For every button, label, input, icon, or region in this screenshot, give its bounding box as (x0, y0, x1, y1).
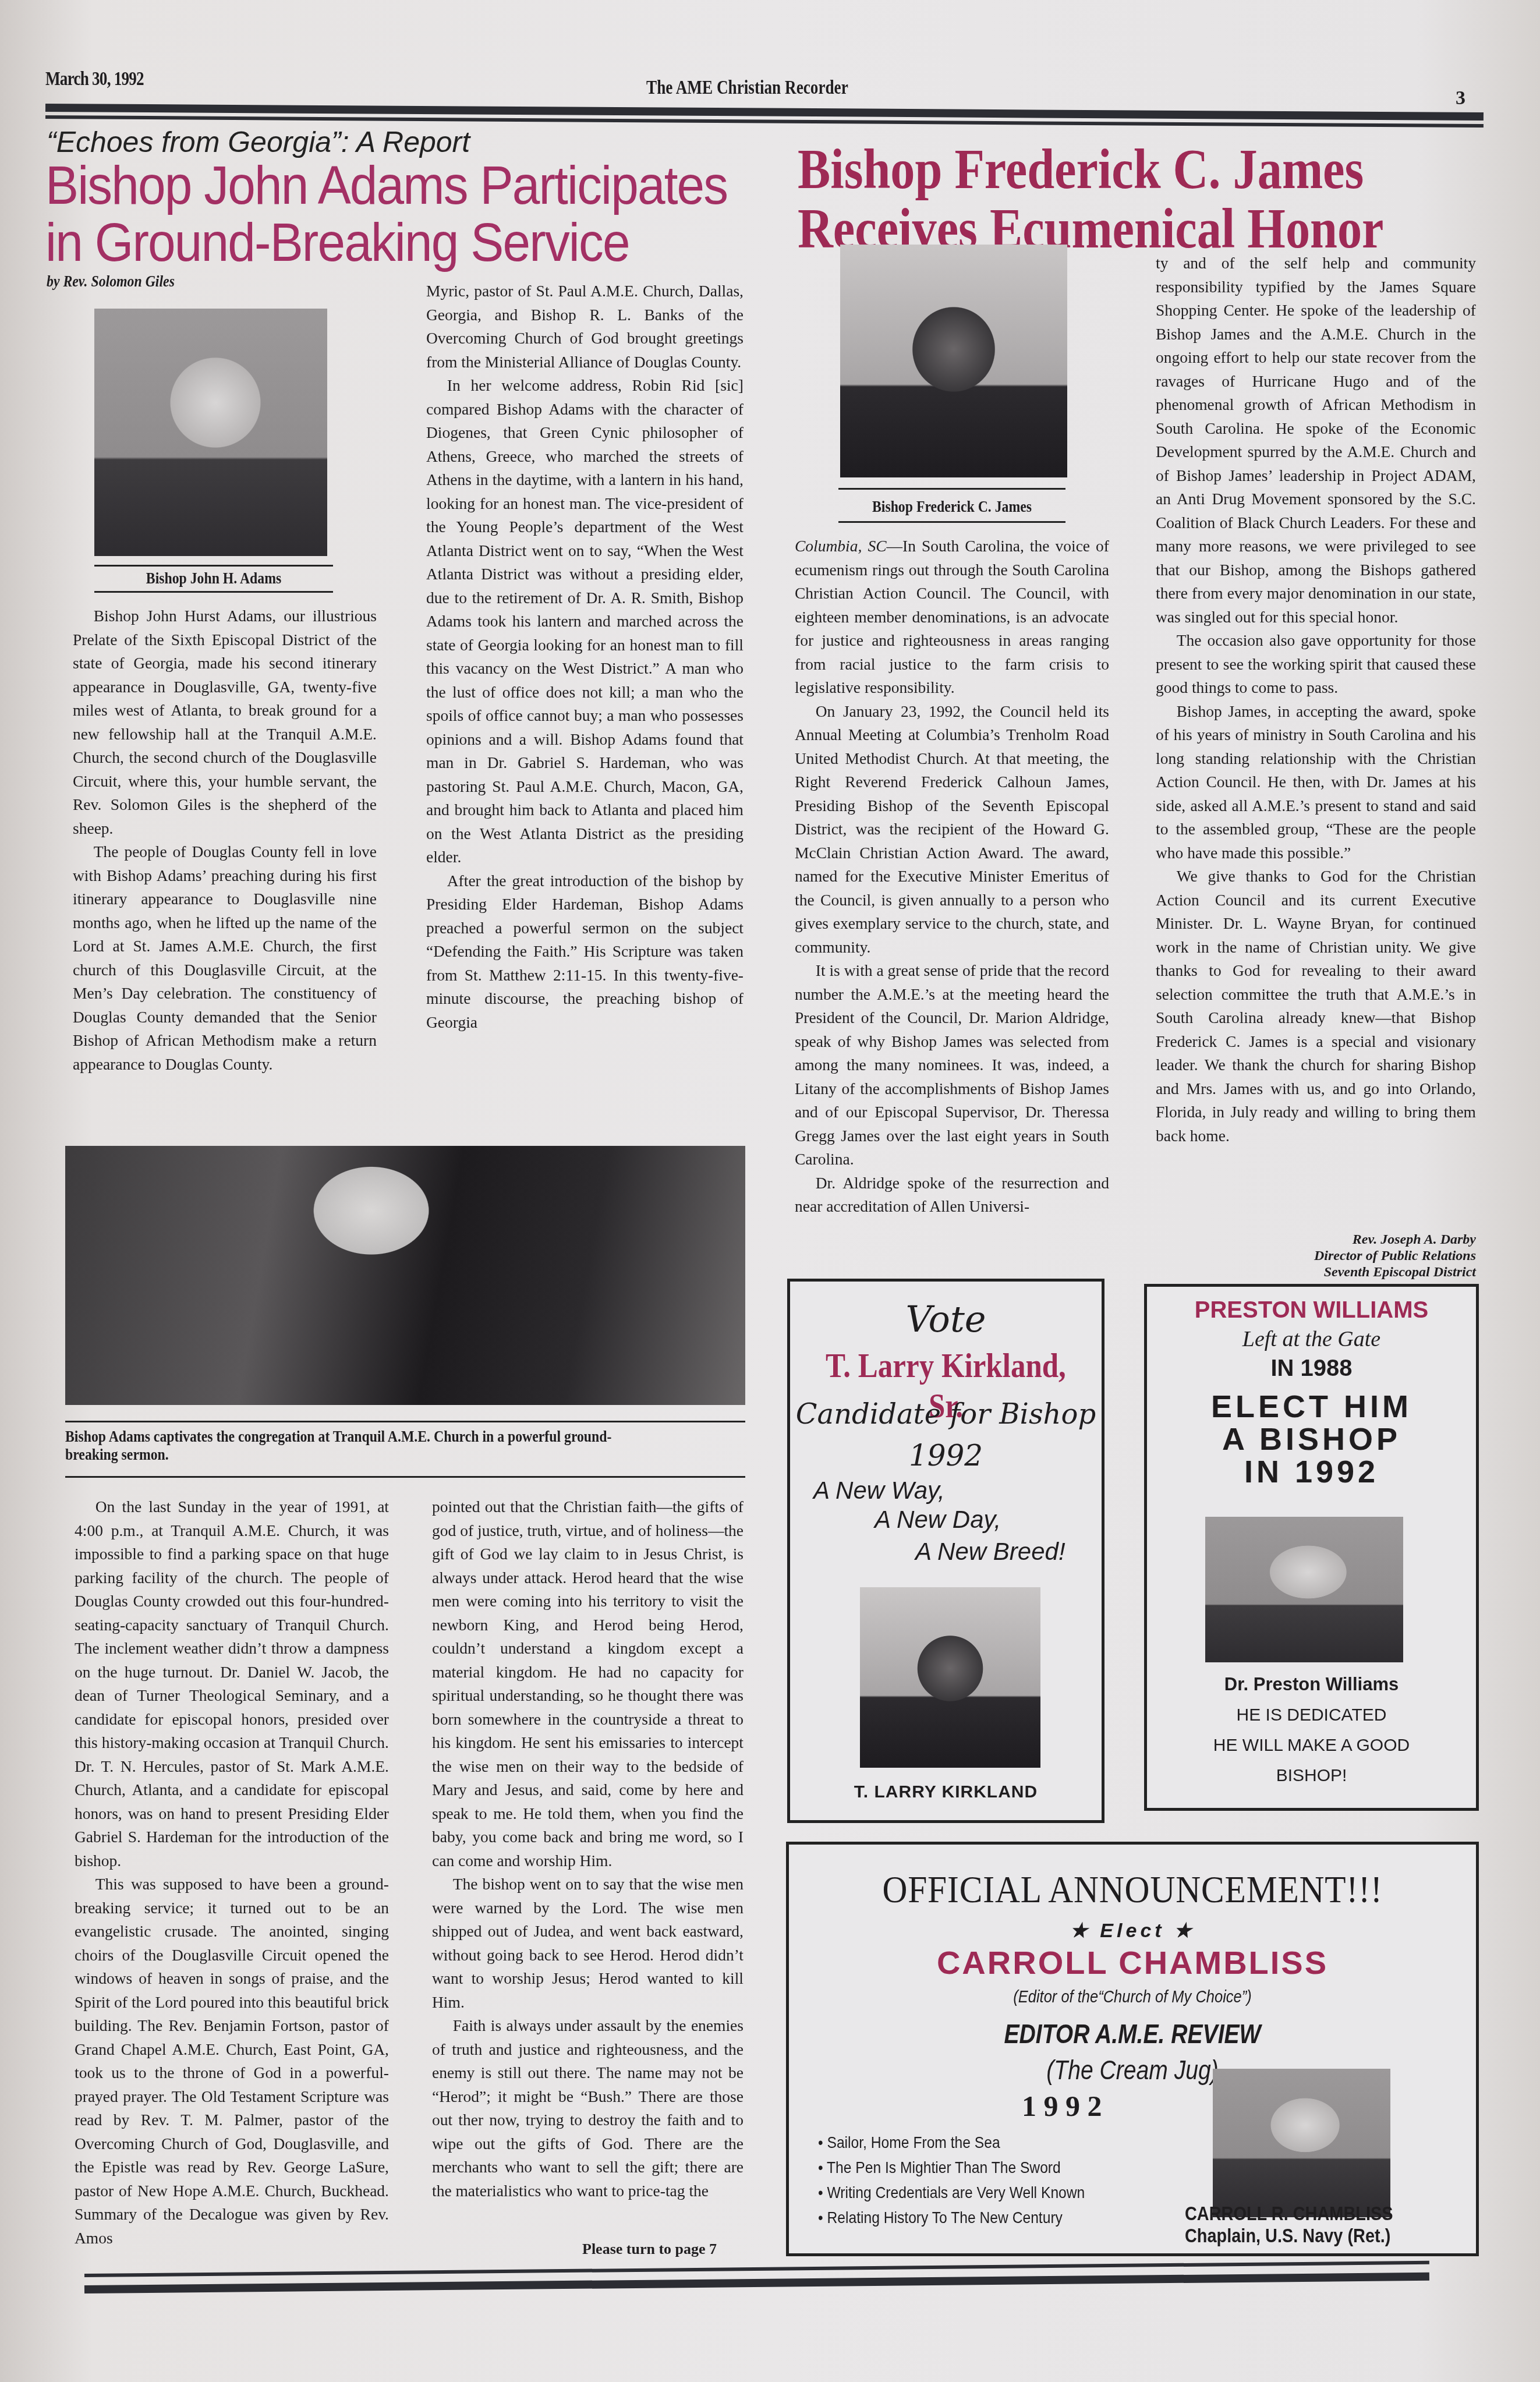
publication-name: The AME Christian Recorder (646, 77, 848, 99)
ad-tagline-line: BISHOP! (1147, 1761, 1476, 1791)
caption-rule (94, 591, 333, 593)
ad-photo-caption: CARROLL R. CHAMBLISS Chaplain, U.S. Navy… (1185, 2203, 1393, 2247)
ad-call-line: ELECT HIM (1147, 1390, 1476, 1423)
issue-date: March 30, 1992 (45, 68, 144, 90)
paragraph: Faith is always under assault by the ene… (432, 2014, 744, 2203)
photo-chambliss (1213, 2069, 1390, 2217)
continued-link[interactable]: Please turn to page 7 (582, 2241, 717, 2258)
paragraph: Myric, pastor of St. Paul A.M.E. Church,… (426, 279, 744, 374)
photo-caption-adams: Bishop John H. Adams (109, 569, 319, 587)
ad-bullet: Relating History To The New Century (818, 2205, 1085, 2230)
ad-bullet: The Pen Is Mightier Than The Sword (818, 2155, 1085, 2180)
caption-rule (838, 488, 1065, 490)
ad-call-line: A BISHOP (1147, 1423, 1476, 1456)
paragraph: Bishop John Hurst Adams, our illustrious… (73, 604, 377, 840)
paragraph: On the last Sunday in the year of 1991, … (75, 1495, 389, 1873)
ad-year: 1992 (790, 1439, 1102, 1473)
ad-title: OFFICIAL ANNOUNCEMENT!!! (823, 1868, 1442, 1912)
footer-rule-thick (84, 2273, 1429, 2293)
ad-photo-caption: T. LARRY KIRKLAND (790, 1782, 1102, 1802)
paragraph: Bishop James, in accepting the award, sp… (1156, 700, 1476, 865)
paragraph: The occasion also gave opportunity for t… (1156, 629, 1476, 700)
photo-kirkland (860, 1587, 1040, 1768)
photo-bishop-james (840, 245, 1067, 477)
adams-column-2: Myric, pastor of St. Paul A.M.E. Church,… (426, 279, 744, 1034)
article-signoff: Rev. Joseph A. Darby Director of Public … (1156, 1231, 1476, 1280)
dateline: Columbia, SC (795, 537, 887, 555)
ad-year: 1 9 9 2 (1022, 2089, 1102, 2123)
paragraph: The bishop went on to say that the wise … (432, 1873, 744, 2014)
paragraph-text: —In South Carolina, the voice of ecumeni… (795, 537, 1109, 696)
james-headline-line1: Bishop Frederick C. James (798, 140, 1540, 199)
adams-headline: Bishop John Adams Participates in Ground… (45, 157, 803, 271)
ad-candidacy: Candidate for Bishop (790, 1398, 1102, 1431)
ad-bullet: Writing Credentials are Very Well Known (818, 2180, 1085, 2205)
ad-williams: PRESTON WILLIAMS Left at the Gate IN 198… (1144, 1284, 1479, 1811)
adams-column-1: Bishop John Hurst Adams, our illustrious… (73, 604, 377, 1076)
ad-call-line: IN 1992 (1147, 1456, 1476, 1488)
paragraph: In her welcome address, Robin Rid [sic] … (426, 374, 744, 869)
james-column-1: Columbia, SC—In South Carolina, the voic… (795, 535, 1109, 1219)
newspaper-page: March 30, 1992 The AME Christian Recorde… (0, 0, 1540, 2382)
adams-headline-line2: in Ground-Breaking Service (45, 214, 803, 271)
photo-williams (1205, 1517, 1403, 1662)
ad-slogan-1: A New Way, (813, 1477, 945, 1505)
paragraph: We give thanks to God for the Christian … (1156, 865, 1476, 1148)
photo-bishop-preaching (65, 1146, 745, 1405)
page-number: 3 (1456, 87, 1465, 109)
paragraph: After the great introduction of the bish… (426, 869, 744, 1035)
paragraph: Columbia, SC—In South Carolina, the voic… (795, 535, 1109, 700)
adams-column-4: pointed out that the Christian faith—the… (432, 1495, 744, 2203)
paragraph: pointed out that the Christian faith—the… (432, 1495, 744, 1873)
ad-kirkland: Vote T. Larry Kirkland, Sr. Candidate fo… (787, 1279, 1104, 1823)
caption-rule (65, 1476, 745, 1478)
james-column-2: ty and of the self help and community re… (1156, 252, 1476, 1148)
paragraph: Dr. Aldridge spoke of the resurrection a… (795, 1171, 1109, 1219)
paragraph: It is with a great sense of pride that t… (795, 959, 1109, 1171)
paragraph: This was supposed to have been a ground-… (75, 1873, 389, 2250)
ad-elect: ★ Elect ★ (789, 1919, 1476, 1942)
ad-candidate-name: PRESTON WILLIAMS (1147, 1297, 1476, 1323)
adams-column-3: On the last Sunday in the year of 1991, … (75, 1495, 389, 2250)
article-kicker: “Echoes from Georgia”: A Report (47, 125, 470, 159)
ad-vote-label: Vote (790, 1298, 1102, 1340)
photo-bishop-adams (94, 309, 327, 556)
signoff-name: Rev. Joseph A. Darby (1156, 1231, 1476, 1248)
ad-photo-caption: Dr. Preston Williams (1147, 1674, 1476, 1695)
signoff-org: Seventh Episcopal District (1156, 1264, 1476, 1280)
ad-photo-name: CARROLL R. CHAMBLISS (1185, 2203, 1393, 2225)
caption-rule (94, 565, 333, 567)
ad-candidate-name: CARROLL CHAMBLISS (789, 1944, 1476, 1981)
paragraph: The people of Douglas County fell in lov… (73, 840, 377, 1076)
ad-line1: Left at the Gate (1147, 1326, 1476, 1352)
ad-office: EDITOR A.M.E. REVIEW (841, 2018, 1425, 2050)
ad-tagline-line: HE WILL MAKE A GOOD (1147, 1730, 1476, 1761)
paragraph: ty and of the self help and community re… (1156, 252, 1476, 629)
ad-slogan-2: A New Day, (875, 1506, 1001, 1534)
ad-photo-title: Chaplain, U.S. Navy (Ret.) (1185, 2225, 1393, 2247)
caption-rule (65, 1421, 745, 1422)
ad-tagline-line: HE IS DEDICATED (1147, 1700, 1476, 1730)
photo-caption-james: Bishop Frederick C. James (852, 498, 1052, 516)
byline: by Rev. Solomon Giles (47, 272, 175, 291)
ad-bullet-list: Sailor, Home From the Sea The Pen Is Mig… (818, 2130, 1085, 2230)
adams-headline-line1: Bishop John Adams Participates (45, 157, 803, 214)
ad-tagline: HE IS DEDICATED HE WILL MAKE A GOOD BISH… (1147, 1700, 1476, 1791)
ad-chambliss: OFFICIAL ANNOUNCEMENT!!! ★ Elect ★ CARRO… (786, 1842, 1479, 2256)
ad-line2: IN 1988 (1147, 1355, 1476, 1382)
james-headline: Bishop Frederick C. James Receives Ecume… (798, 140, 1540, 259)
ad-slogan-3: A New Breed! (915, 1538, 1065, 1566)
ad-bullet: Sailor, Home From the Sea (818, 2130, 1085, 2155)
paragraph: On January 23, 1992, the Council held it… (795, 700, 1109, 960)
caption-rule (838, 521, 1065, 523)
ad-call-to-action: ELECT HIM A BISHOP IN 1992 (1147, 1390, 1476, 1488)
signoff-title: Director of Public Relations (1156, 1248, 1476, 1264)
ad-subtitle: (Editor of the“Church of My Choice”) (841, 1987, 1425, 2007)
photo-caption-preaching: Bishop Adams captivates the congregation… (65, 1428, 664, 1464)
